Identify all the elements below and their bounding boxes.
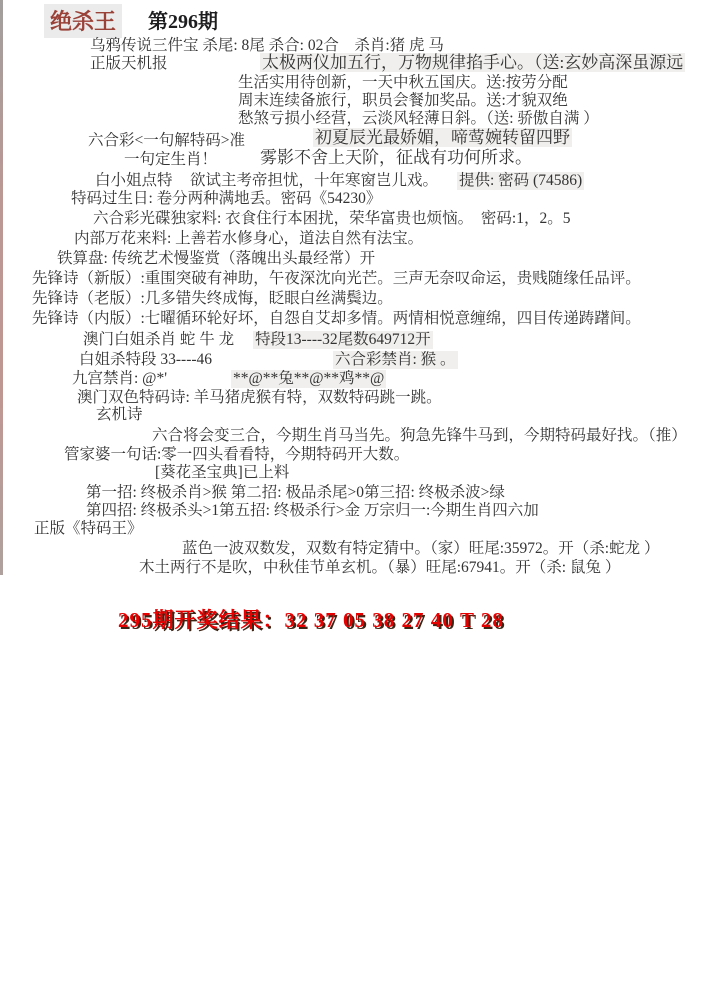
baixiaojie-label: 白小姐点特 — [95, 172, 173, 190]
zhao-line-2: 第四招: 终极杀头>1第五招: 终极杀行>金 万宗归一:今期生肖四六加 — [86, 502, 539, 520]
shengxiao-label: 一句定生肖！ — [124, 151, 217, 169]
xianfeng-old-line: 先锋诗（老版）:几多错失终成悔，眨眼白丝满鬓边。 — [32, 290, 393, 308]
cd-exclusive-line: 六合彩光碟独家料: 衣食住行本困扰，荣华富贵也烦恼。 密码:1，2。5 — [93, 210, 571, 228]
shuangse-line: 澳门双色特码诗: 羊马猪虎猴有特，双数特码跳一跳。 — [77, 389, 442, 407]
jiete-verse: 初夏辰光最娇媚，啼莺婉转留四野 — [313, 128, 572, 147]
macau-shaxiao: 澳门白姐杀肖 蛇 牛 龙 — [83, 331, 234, 349]
baixiaojie-password: 提供: 密码 (74586) — [457, 172, 584, 190]
zhao-line-1: 第一招: 终极杀肖>猴 第二招: 极品杀尾>0第三招: 终极杀波>绿 — [86, 484, 505, 502]
macau-teduan: 特段13----32尾数649712开 — [253, 331, 433, 349]
guanjiapo-line: 管家婆一句话:零一四头看看特，今期特码开大数。 — [64, 446, 409, 464]
xuanji-title: 玄机诗 — [96, 406, 143, 424]
issue-number: 第296期 — [148, 5, 218, 34]
shengxiao-verse: 雾影不舍上天阶，征战有功何所求。 — [260, 148, 532, 167]
publication-title: 绝杀王 — [44, 4, 122, 38]
tianjibao-verse-4: 愁煞亏损小经营，云淡风轻薄日斜。（送: 骄傲自满 ） — [238, 110, 599, 128]
tianjibao-label: 正版天机报 — [90, 55, 168, 73]
jinxiao: 六合彩禁肖: 猴 。 — [333, 351, 458, 369]
tianjibao-verse-2: 生活实用待创新，一天中秋五国庆。送:按劳分配 — [238, 74, 568, 92]
scan-edge-artifact — [0, 0, 3, 575]
jiugong-label: 九宫禁肖: @*' — [72, 370, 167, 388]
xuanji-verse: 六合将会变三合，今期生肖马当先。狗急先锋牛马到，今期特码最好找。（推） — [152, 427, 687, 445]
lottery-tip-sheet-page: 绝杀王 第296期 乌鸦传说三件宝 杀尾: 8尾 杀合: 02合 杀肖:猪 虎 … — [0, 0, 708, 1008]
previous-draw-result: 295期开奖结果：32 37 05 38 27 40 T 28 — [118, 604, 504, 634]
tianjibao-verse-1: 太极两仪加五行，万物规律掐手心。（送:玄妙高深虽源远 — [260, 53, 685, 72]
temawang-verse-2: 木土两行不是吹，中秋佳节单玄机。（暴）旺尾:67941。开（杀: 鼠兔 ） — [139, 559, 620, 577]
temawang-verse-1: 蓝色一波双数发，双数有特定猜中。（家）旺尾:35972。开（杀:蛇龙 ） — [182, 540, 660, 558]
xianfeng-new-line: 先锋诗（新版）:重围突破有神助，午夜深沈向光芒。三声无奈叹命运，贵贱随缘任品评。 — [32, 270, 641, 288]
temawang-label: 正版《特码王》 — [34, 520, 143, 538]
baijie-teduan: 白姐杀特段 33----46 — [79, 351, 212, 369]
baixiaojie-verse: 欲试主考帝担忧，十年寒窗岂儿戏。 — [190, 172, 438, 190]
tianjibao-verse-3: 周末连续备旅行，职员会餐加奖品。送:才貌双绝 — [238, 92, 568, 110]
jiete-label: 六合彩<一句解特码>准 — [88, 132, 245, 150]
birthday-line: 特码过生日: 卷分两种满地丢。密码《54230》 — [71, 190, 381, 208]
wanhua-line: 内部万花来料: 上善若水修身心，道法自然有法宝。 — [74, 230, 423, 248]
tiesuanpan-line: 铁算盘: 传统艺术慢鉴赏（落魄出头最经常）开 — [57, 250, 375, 268]
xianfeng-inner-line: 先锋诗（内版）:七曜循环轮好坏，自怨自艾却多情。两情相悦意缠绵，四目传递踌躇间。 — [32, 310, 641, 328]
kuihua-line: [葵花圣宝典]已上料 — [155, 464, 289, 482]
jiugong-symbols: **@**兔**@**鸡**@ — [231, 370, 386, 388]
